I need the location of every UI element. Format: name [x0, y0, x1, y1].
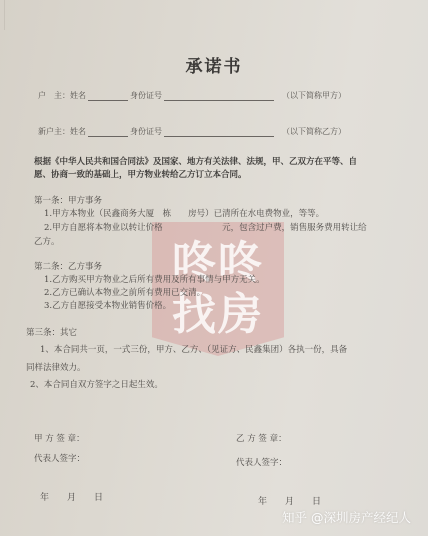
party-b-seal-label: 乙 方 签 章： [236, 432, 287, 444]
preamble-line-1: 根据《中华人民共和国合同法》及国家、地方有关法律、法规，甲、乙双方在平等、自 [34, 155, 357, 167]
article-3-item-1-cont: 同样法律效力。 [26, 361, 86, 373]
party-b-name-blank [88, 128, 128, 137]
party-b-name-label: 姓名 [70, 126, 86, 137]
article-2-heading: 第二条：乙方事务 [34, 260, 102, 272]
party-b-row: 新户主： 姓名 身份证号 （以下简称乙方） [38, 126, 346, 137]
party-a-row: 户 主： 姓名 身份证号 （以下简称甲方） [38, 90, 346, 101]
party-a-rep-label: 代表人签字： [34, 452, 85, 464]
party-a-id-label: 身份证号 [130, 90, 162, 101]
article-2-item-2: 2.乙方已确认本物业之前所有费用已交清。 [44, 286, 205, 298]
party-a-name-label: 姓名 [70, 90, 86, 101]
party-a-name-blank [88, 92, 128, 101]
party-a-suffix: （以下简称甲方） [282, 90, 346, 101]
party-b-label: 新户主： [38, 126, 70, 137]
party-b-id-blank [164, 128, 274, 137]
party-a-date: 年 月 日 [40, 490, 103, 503]
article-1-item-2: 2.甲方自愿将本物业以转让价格 元，包含过户费，销售服务费用转让给 [44, 221, 367, 233]
article-1-heading: 第一条：甲方事务 [34, 194, 102, 206]
party-a-id-blank [164, 92, 274, 101]
party-b-suffix: （以下简称乙方） [282, 126, 346, 137]
article-1-item-2-cont: 乙方。 [34, 235, 60, 247]
contract-document: 承诺书 户 主： 姓名 身份证号 （以下简称甲方） 新户主： 姓名 身份证号 （… [0, 0, 428, 536]
document-title: 承诺书 [0, 52, 428, 77]
party-a-seal-label: 甲 方 签 章： [34, 432, 85, 444]
article-2-item-1: 1.乙方购买甲方物业之后所有费用及所有事情与甲方无关。 [44, 273, 265, 285]
article-3-item-1: 1、本合同共一页，一式三份，甲方、乙方、（见证方、民鑫集团）各执一份，具备 [40, 343, 347, 355]
article-1-item-1: 1.甲方本物业（民鑫商务大厦 栋 房号）已清所在水电费物业，等等。 [44, 207, 324, 219]
party-b-rep-label: 代表人签字： [236, 456, 287, 468]
preamble-line-2: 愿、协商一致的基础上，甲方物业转给乙方订立本合同。 [34, 168, 247, 180]
party-b-date: 年 月 日 [258, 494, 321, 507]
article-3-heading: 第三条：其它 [26, 326, 77, 338]
article-3-item-2: 2、本合同自双方签字之日起生效。 [30, 378, 163, 390]
party-b-id-label: 身份证号 [130, 126, 162, 137]
party-a-label: 户 主： [38, 90, 70, 101]
zhihu-watermark: 知乎 @深圳房产经纪人 [282, 508, 411, 526]
paper-edge [4, 0, 5, 30]
article-2-item-3: 3.乙方自愿接受本物业销售价格。 [44, 299, 171, 311]
